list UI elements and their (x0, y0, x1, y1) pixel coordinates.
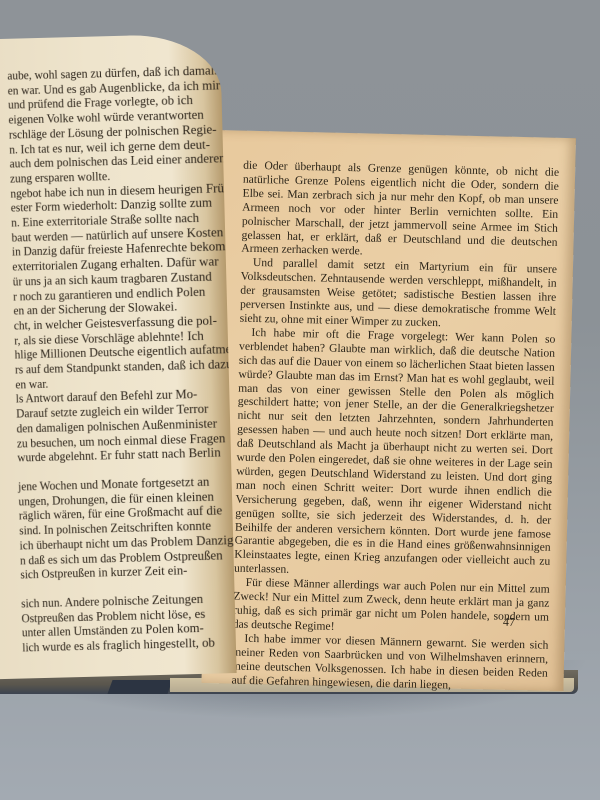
right-page: die Oder überhaupt als Grenze genügen kö… (201, 130, 575, 691)
left-page: aube, wohl sagen zu dürfen, daß ich dama… (0, 33, 237, 680)
paragraph: Und parallel damit setzt ein Martyrium e… (240, 256, 557, 333)
paragraph: Ich habe immer vor diesen Männern gewarn… (231, 631, 548, 694)
right-page-text: die Oder überhaupt als Grenze genügen kö… (231, 159, 559, 694)
left-page-text: aube, wohl sagen zu dürfen, daß ich dama… (1, 62, 237, 655)
paragraph: Ich habe mir oft die Frage vorgelegt: We… (234, 326, 556, 583)
book-cover-corner (107, 680, 172, 694)
page-number: 47 (503, 615, 515, 630)
paragraph: die Oder überhaupt als Grenze genügen kö… (241, 159, 559, 263)
